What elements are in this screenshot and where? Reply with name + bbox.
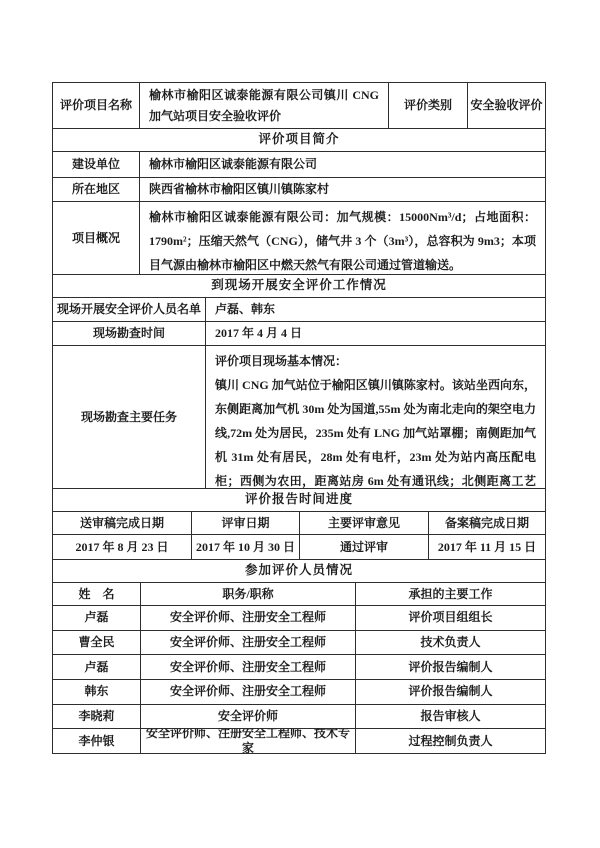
survey-task-value: 评价项目现场基本情况： 镇川 CNG 加气站位于榆阳区镇川镇陈家村。该站坐西向东…: [206, 346, 546, 489]
personnel-header-title: 职务/职称: [141, 583, 356, 606]
section-personnel-title: 参加评价人员情况: [53, 560, 546, 583]
personnel-title: 安全评价师、注册安全工程师: [141, 655, 356, 680]
personnel-title: 安全评价师、注册安全工程师: [141, 631, 356, 656]
personnel-name: 卢磊: [53, 655, 141, 680]
location-row: 所在地区 陕西省榆林市榆阳区镇川镇陈家村: [53, 178, 546, 202]
personnel-name: 李仲银: [53, 729, 141, 754]
personnel-work: 报告审核人: [356, 705, 546, 730]
survey-date-label: 现场勘查时间: [53, 322, 206, 346]
personnel-header-work: 承担的主要工作: [356, 583, 546, 606]
survey-task-body: 镇川 CNG 加气站位于榆阳区镇川镇陈家村。该站坐西向东，东侧距离加气机 30m…: [215, 373, 536, 489]
personnel-row: 卢磊 安全评价师、注册安全工程师 评价项目组组长: [53, 606, 546, 631]
schedule-header-row: 送审稿完成日期 评审日期 主要评审意见 备案稿完成日期: [53, 512, 546, 535]
personnel-name: 曹全民: [53, 631, 141, 656]
section-project-intro-title: 评价项目简介: [53, 129, 546, 152]
personnel-name: 李晓莉: [53, 705, 141, 730]
personnel-header-name: 姓 名: [53, 583, 141, 606]
personnel-header-row: 姓 名 职务/职称 承担的主要工作: [53, 583, 546, 606]
project-overview-row: 项目概况 榆林市榆阳区诚泰能源有限公司：加气规模：15000Nm³/d；占地面积…: [53, 202, 546, 275]
personnel-title: 安全评价师: [141, 705, 356, 730]
eval-type-value: 安全验收评价: [468, 83, 546, 129]
personnel-work: 技术负责人: [356, 631, 546, 656]
location-label: 所在地区: [53, 178, 140, 202]
project-overview-label: 项目概况: [53, 202, 140, 275]
survey-task-row: 现场勘查主要任务 评价项目现场基本情况： 镇川 CNG 加气站位于榆阳区镇川镇陈…: [53, 346, 546, 489]
personnel-name: 卢磊: [53, 606, 141, 631]
construction-unit-value: 榆林市榆阳区诚泰能源有限公司: [140, 152, 546, 178]
personnel-row: 韩东 安全评价师、注册安全工程师 评价报告编制人: [53, 680, 546, 705]
personnel-title: 安全评价师、注册安全工程师: [141, 680, 356, 705]
schedule-value-draft: 2017 年 8 月 23 日: [53, 535, 192, 560]
section-project-intro: 评价项目简介: [53, 129, 546, 152]
page: { "table": { "header_row": { "label": "评…: [0, 0, 600, 848]
survey-task-intro: 评价项目现场基本情况：: [215, 349, 536, 373]
schedule-value-final: 2017 年 11 月 15 日: [429, 535, 546, 560]
personnel-title: 安全评价师、注册安全工程师、技术专家: [141, 729, 356, 754]
location-value: 陕西省榆林市榆阳区镇川镇陈家村: [140, 178, 546, 202]
survey-date-row: 现场勘查时间 2017 年 4 月 4 日: [53, 322, 546, 346]
project-overview-value: 榆林市榆阳区诚泰能源有限公司：加气规模：15000Nm³/d；占地面积：1790…: [140, 202, 546, 275]
schedule-header-opinion: 主要评审意见: [300, 512, 429, 535]
project-name-label: 评价项目名称: [53, 83, 140, 129]
personnel-row: 曹全民 安全评价师、注册安全工程师 技术负责人: [53, 631, 546, 656]
personnel-work: 过程控制负责人: [356, 729, 546, 754]
section-site-work-title: 到现场开展安全评价工作情况: [53, 275, 546, 298]
schedule-value-row: 2017 年 8 月 23 日 2017 年 10 月 30 日 通过评审 20…: [53, 535, 546, 560]
site-staff-label: 现场开展安全评价人员名单: [53, 298, 206, 322]
section-report-schedule: 评价报告时间进度: [53, 489, 546, 512]
schedule-value-opinion: 通过评审: [300, 535, 429, 560]
personnel-work: 评价报告编制人: [356, 655, 546, 680]
construction-unit-label: 建设单位: [53, 152, 140, 178]
section-personnel: 参加评价人员情况: [53, 560, 546, 583]
personnel-work: 评价项目组组长: [356, 606, 546, 631]
construction-unit-row: 建设单位 榆林市榆阳区诚泰能源有限公司: [53, 152, 546, 178]
personnel-name: 韩东: [53, 680, 141, 705]
section-site-work: 到现场开展安全评价工作情况: [53, 275, 546, 298]
survey-date-value: 2017 年 4 月 4 日: [206, 322, 546, 346]
section-report-schedule-title: 评价报告时间进度: [53, 489, 546, 512]
personnel-title: 安全评价师、注册安全工程师: [141, 606, 356, 631]
personnel-row: 卢磊 安全评价师、注册安全工程师 评价报告编制人: [53, 655, 546, 680]
schedule-header-final: 备案稿完成日期: [429, 512, 546, 535]
site-staff-value: 卢磊、韩东: [206, 298, 546, 322]
site-staff-row: 现场开展安全评价人员名单 卢磊、韩东: [53, 298, 546, 322]
personnel-row: 李仲银 安全评价师、注册安全工程师、技术专家 过程控制负责人: [53, 729, 546, 754]
schedule-header-draft: 送审稿完成日期: [53, 512, 192, 535]
personnel-row: 李晓莉 安全评价师 报告审核人: [53, 705, 546, 730]
evaluation-form-table: 评价项目名称 榆林市榆阳区诚泰能源有限公司镇川 CNG 加气站项目安全验收评价 …: [52, 82, 546, 754]
survey-task-label: 现场勘查主要任务: [53, 346, 206, 489]
eval-type-label: 评价类别: [389, 83, 468, 129]
project-name-value: 榆林市榆阳区诚泰能源有限公司镇川 CNG 加气站项目安全验收评价: [140, 83, 389, 129]
schedule-value-review-date: 2017 年 10 月 30 日: [192, 535, 300, 560]
schedule-header-review-date: 评审日期: [192, 512, 300, 535]
personnel-work: 评价报告编制人: [356, 680, 546, 705]
project-header-row: 评价项目名称 榆林市榆阳区诚泰能源有限公司镇川 CNG 加气站项目安全验收评价 …: [53, 83, 546, 129]
